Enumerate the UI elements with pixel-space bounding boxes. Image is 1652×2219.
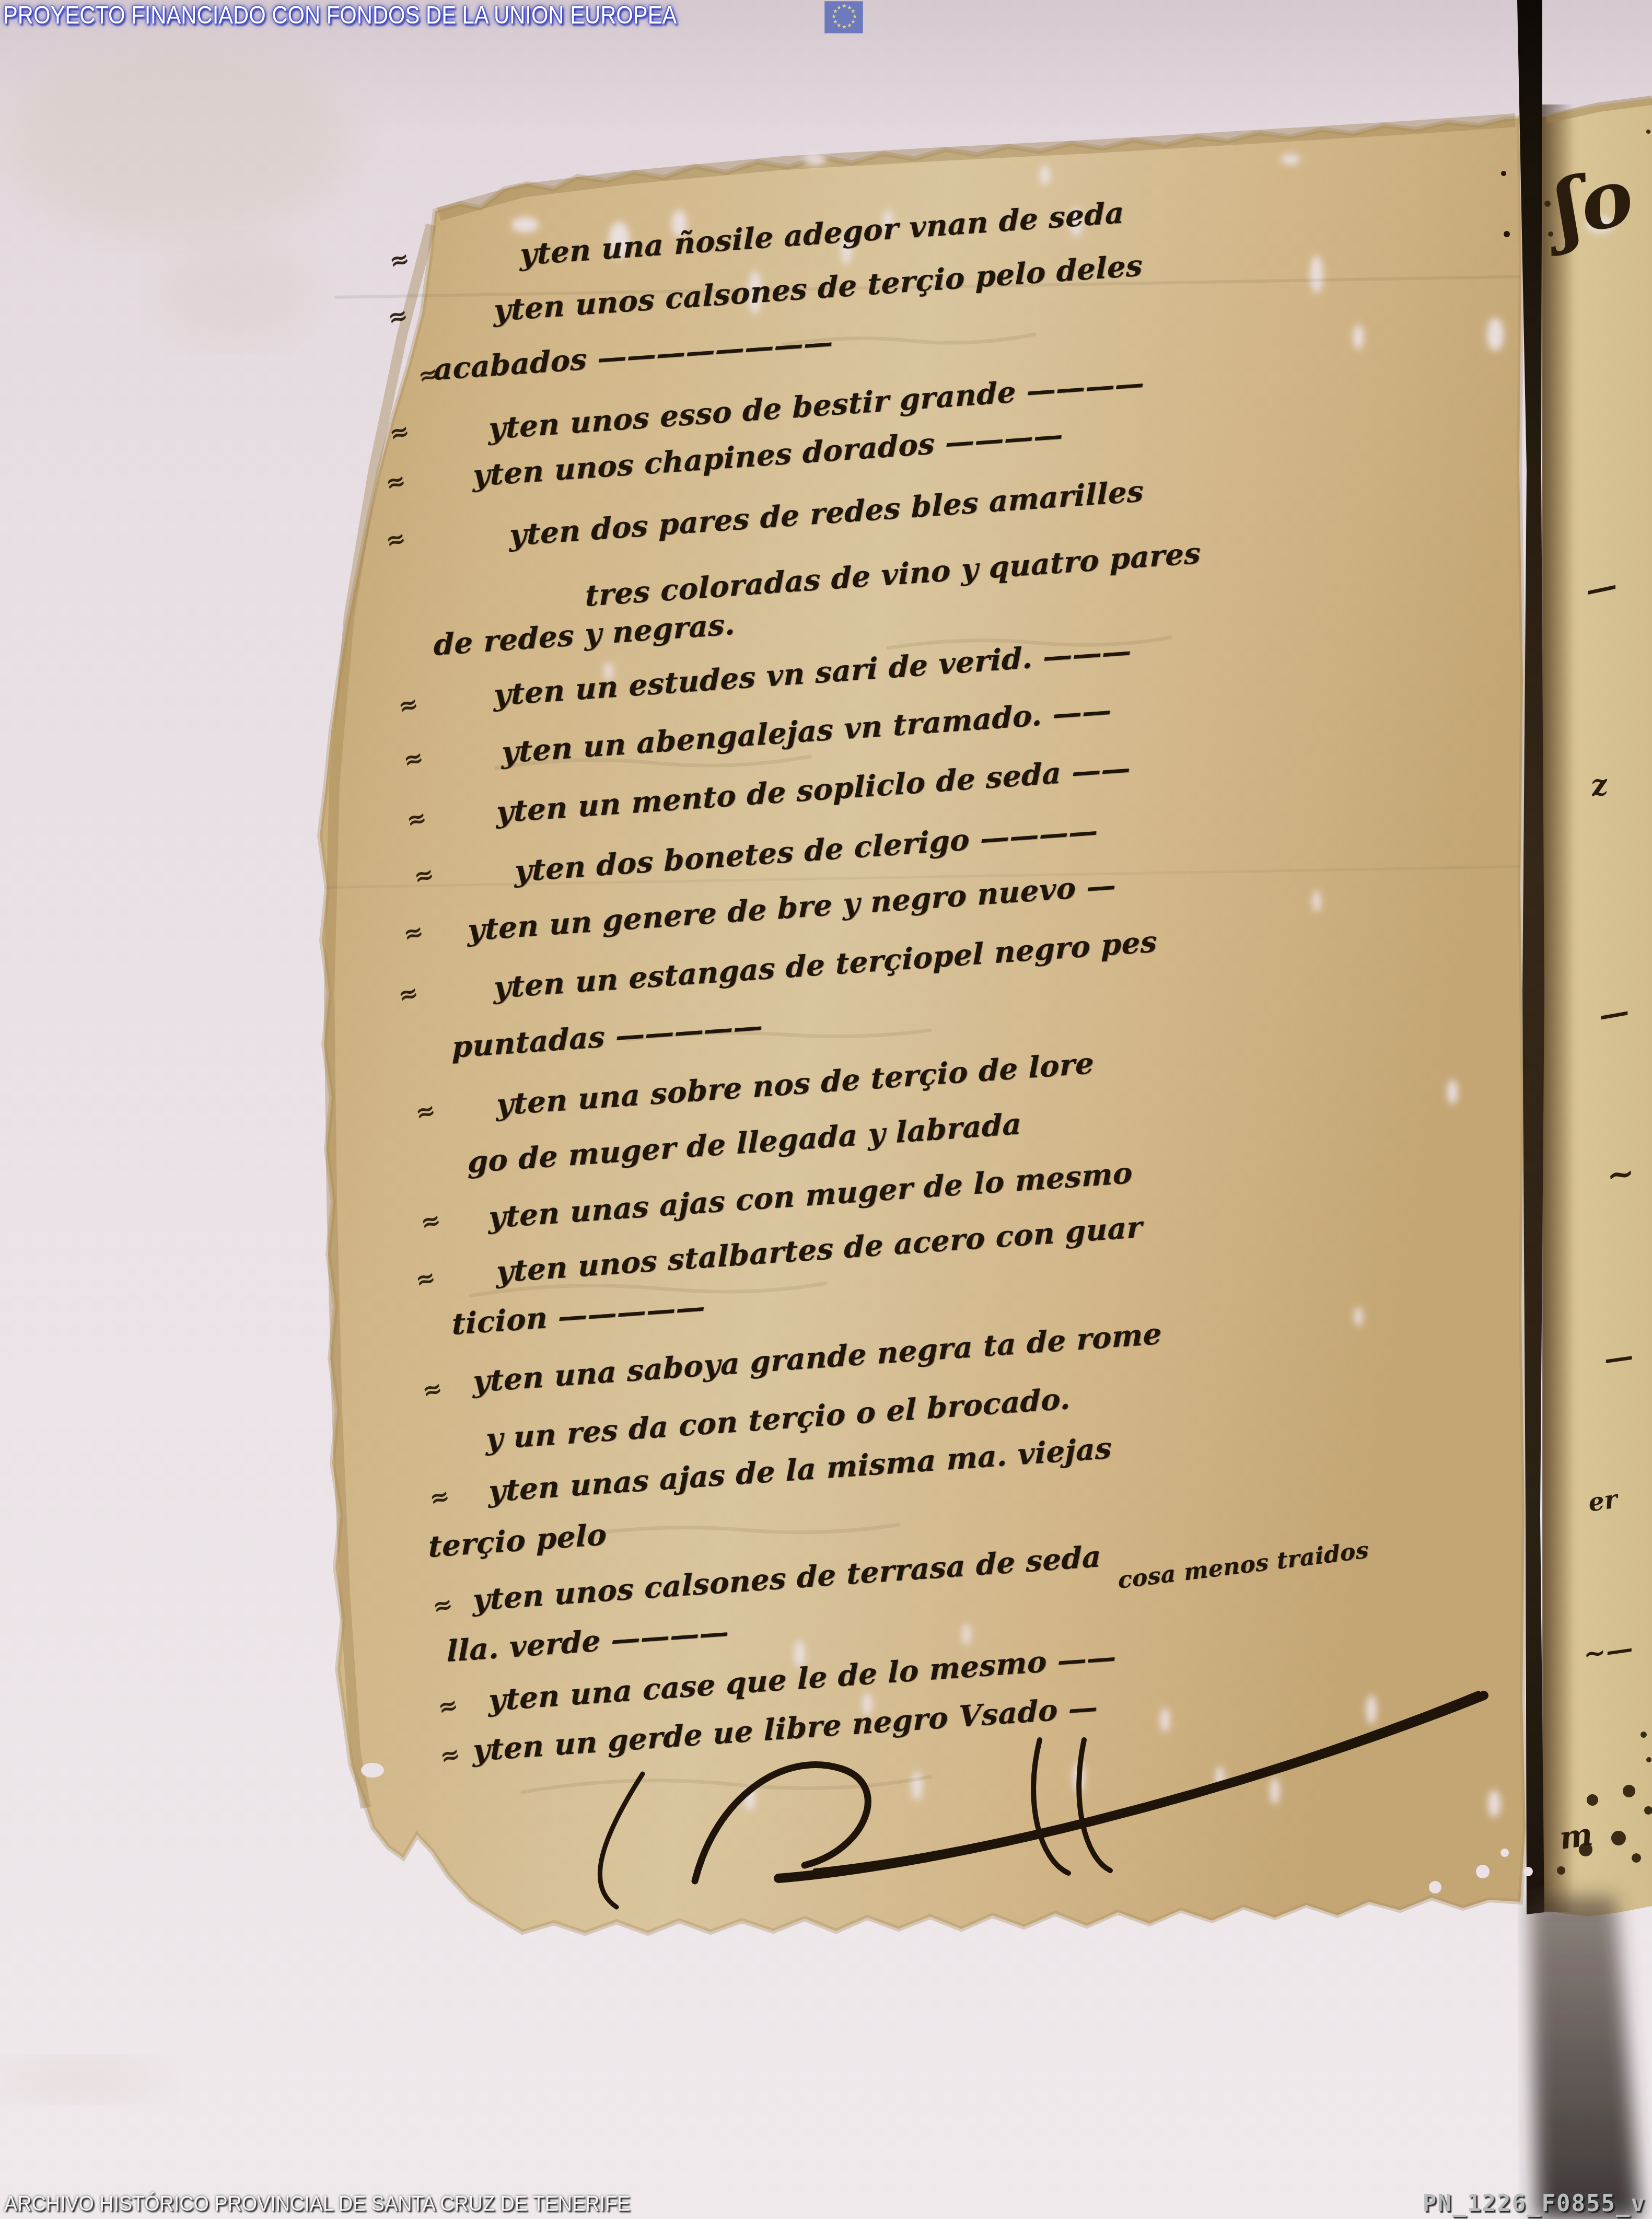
eu-flag-star-icon: ★: [836, 5, 842, 11]
project-funding-banner: PROYECTO FINANCIADO CON FONDOS DE LA UNI…: [3, 1, 677, 30]
eu-flag-star-icon: ★: [833, 19, 838, 25]
archive-name-banner: ARCHIVO HISTÓRICO PROVINCIAL DE SANTA CR…: [4, 2191, 630, 2216]
eu-flag-star-icon: ★: [831, 14, 836, 20]
document-reference-code: PN_1226_F0855_v: [1423, 2190, 1646, 2217]
overlay-banners: PROYECTO FINANCIADO CON FONDOS DE LA UNI…: [0, 0, 1652, 2219]
eu-flag-star-icon: ★: [842, 4, 847, 9]
eu-flag-star-icon: ★: [842, 25, 847, 30]
eu-flag-icon: ★ ★ ★ ★ ★ ★ ★ ★ ★ ★ ★ ★: [824, 1, 863, 33]
archive-scan-page: { "header": { "banner_text": "PROYECTO F…: [0, 0, 1652, 2219]
eu-flag-star-icon: ★: [847, 23, 852, 29]
